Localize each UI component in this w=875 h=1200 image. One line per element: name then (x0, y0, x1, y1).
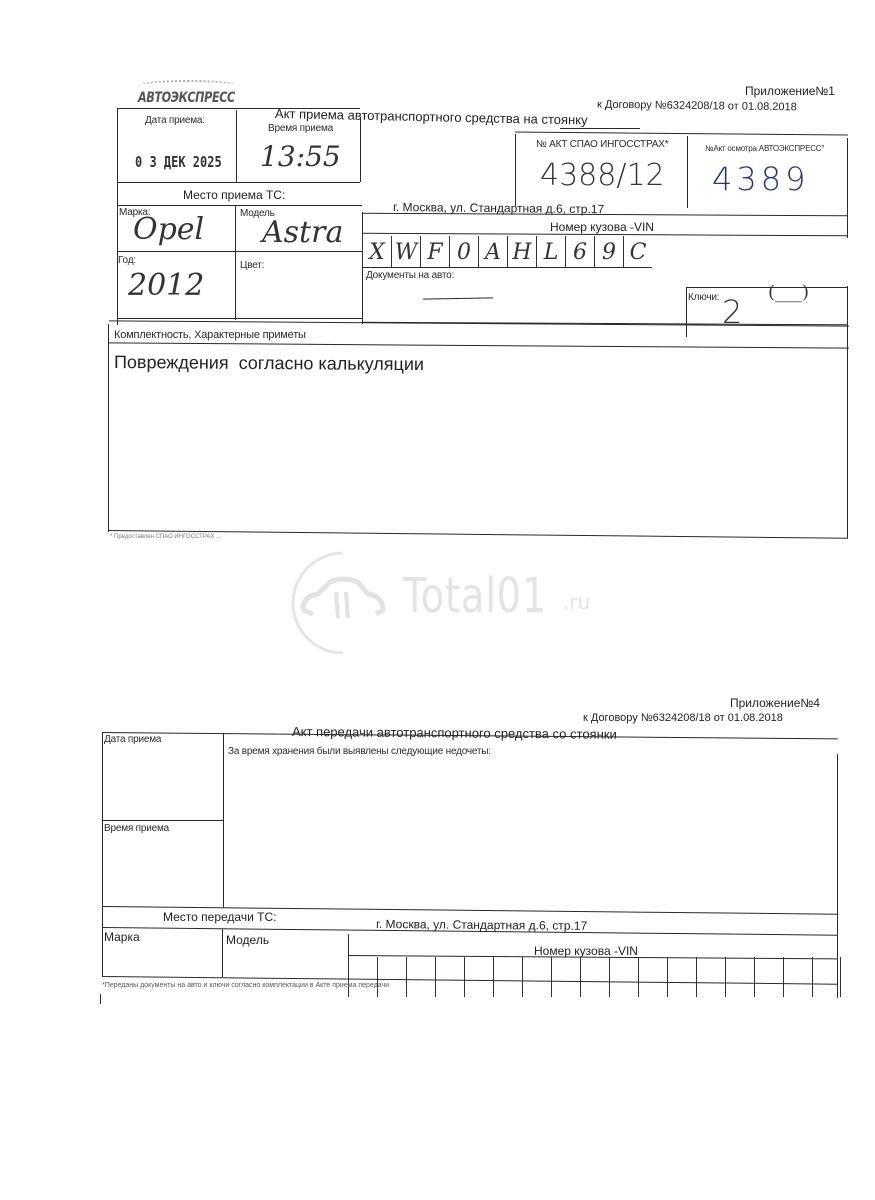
vin-cell-empty (435, 957, 464, 997)
make-value: Opel (133, 212, 204, 247)
vin-cell-empty (754, 957, 783, 997)
defects-label: За время хранения были выявлены следующи… (228, 746, 491, 757)
vin-cell: 6 (565, 236, 594, 268)
vin-cell-empty (812, 957, 841, 997)
equipment-value: Повреждения согласно калькуляции (114, 352, 424, 375)
transfer-vin-cells (348, 957, 841, 997)
vin-cell-empty (406, 957, 435, 997)
place-label: Место приема ТС: (183, 188, 285, 202)
equipment-label: Комплектность, Характерные приметы (114, 329, 306, 341)
watermark-suffix: .ru (563, 590, 590, 614)
vin-cell: 9 (594, 236, 623, 268)
docs-dash (423, 297, 493, 300)
vin-cell-empty (580, 957, 609, 997)
transfer-time-label: Время приема (104, 823, 169, 834)
vin-cell-empty (377, 957, 406, 997)
vin-cell-empty (667, 957, 696, 997)
vin-cell-empty (551, 957, 580, 997)
color-label: Цвет: (240, 260, 264, 271)
model-value: Astra (262, 215, 343, 250)
vin-cell: W (391, 236, 420, 268)
vin-redaction (650, 238, 875, 286)
vin-cell: L (536, 236, 565, 268)
car-logo-icon (288, 548, 398, 658)
watermark: Total01 .ru (288, 548, 608, 658)
vin-cell-empty (783, 957, 812, 997)
transfer-date-label: Дата приема (104, 734, 161, 745)
keys-extra: (___) (768, 282, 809, 303)
transfer-make-label: Марка (104, 930, 140, 944)
vin-cell-empty (696, 957, 725, 997)
vin-cell: 0 (449, 236, 478, 268)
vin-cell-empty (725, 957, 754, 997)
vin-cell: F (420, 236, 449, 268)
vin-cell: X (362, 236, 391, 268)
autoexpress-act-label: №Акт осмотра АВТОЭКСПРЕСС° (705, 144, 824, 153)
vin-cells: XWF0AHL69C (362, 236, 652, 268)
autoexpress-logo: АВТОЭКСПРЕСС (138, 90, 235, 106)
transfer-place-label: Место передачи ТС: (163, 910, 276, 924)
ingos-act-label: № АКТ СПАО ИНГОССТРАХ* (536, 139, 668, 150)
watermark-text: Total01 (403, 568, 547, 624)
year-label: Год: (118, 255, 136, 266)
transfer-model-label: Модель (226, 933, 269, 947)
vin-cell-empty (493, 957, 522, 997)
vin-cell: H (507, 236, 536, 268)
act-transfer-title: Акт передачи автотранспортного средства … (292, 724, 617, 742)
vin-label: Номер кузова -VIN (550, 220, 654, 234)
autoexpress-act-value: 4389 (712, 160, 809, 198)
vin-cell-empty (348, 957, 377, 997)
vin-cell: A (478, 236, 507, 268)
docs-label: Документы на авто: (366, 270, 454, 281)
vin-cell-empty (638, 957, 667, 997)
year-value: 2012 (128, 268, 204, 303)
keys-label: Ключи: (688, 292, 719, 303)
ingos-act-value: 4388/12 (540, 158, 665, 193)
vin-cell-empty (522, 957, 551, 997)
appendix-label: Приложение№1 (745, 84, 835, 98)
logo-swoosh (140, 80, 235, 90)
receive-footnote: * Предоставлен СПАО ИНГОССТРАХ ... (110, 534, 221, 540)
vin-cell-empty (464, 957, 493, 997)
transfer-footnote: *Переданы документы на авто и ключи согл… (102, 982, 389, 989)
date-label: Дата приема: (145, 115, 205, 126)
time-label: Время приема (268, 123, 333, 134)
vin-cell: C (623, 236, 652, 268)
vin-cell-empty (609, 957, 638, 997)
contract-4-label: к Договору №6324208/18 от 01.08.2018 (583, 712, 783, 724)
appendix-4-label: Приложение№4 (730, 696, 820, 710)
time-value: 13:55 (260, 140, 341, 173)
date-stamp: 0 3 ДЕК 2025 (135, 153, 222, 171)
contract-label: к Договору №6324208/18 от 01.08.2018 (597, 99, 797, 114)
